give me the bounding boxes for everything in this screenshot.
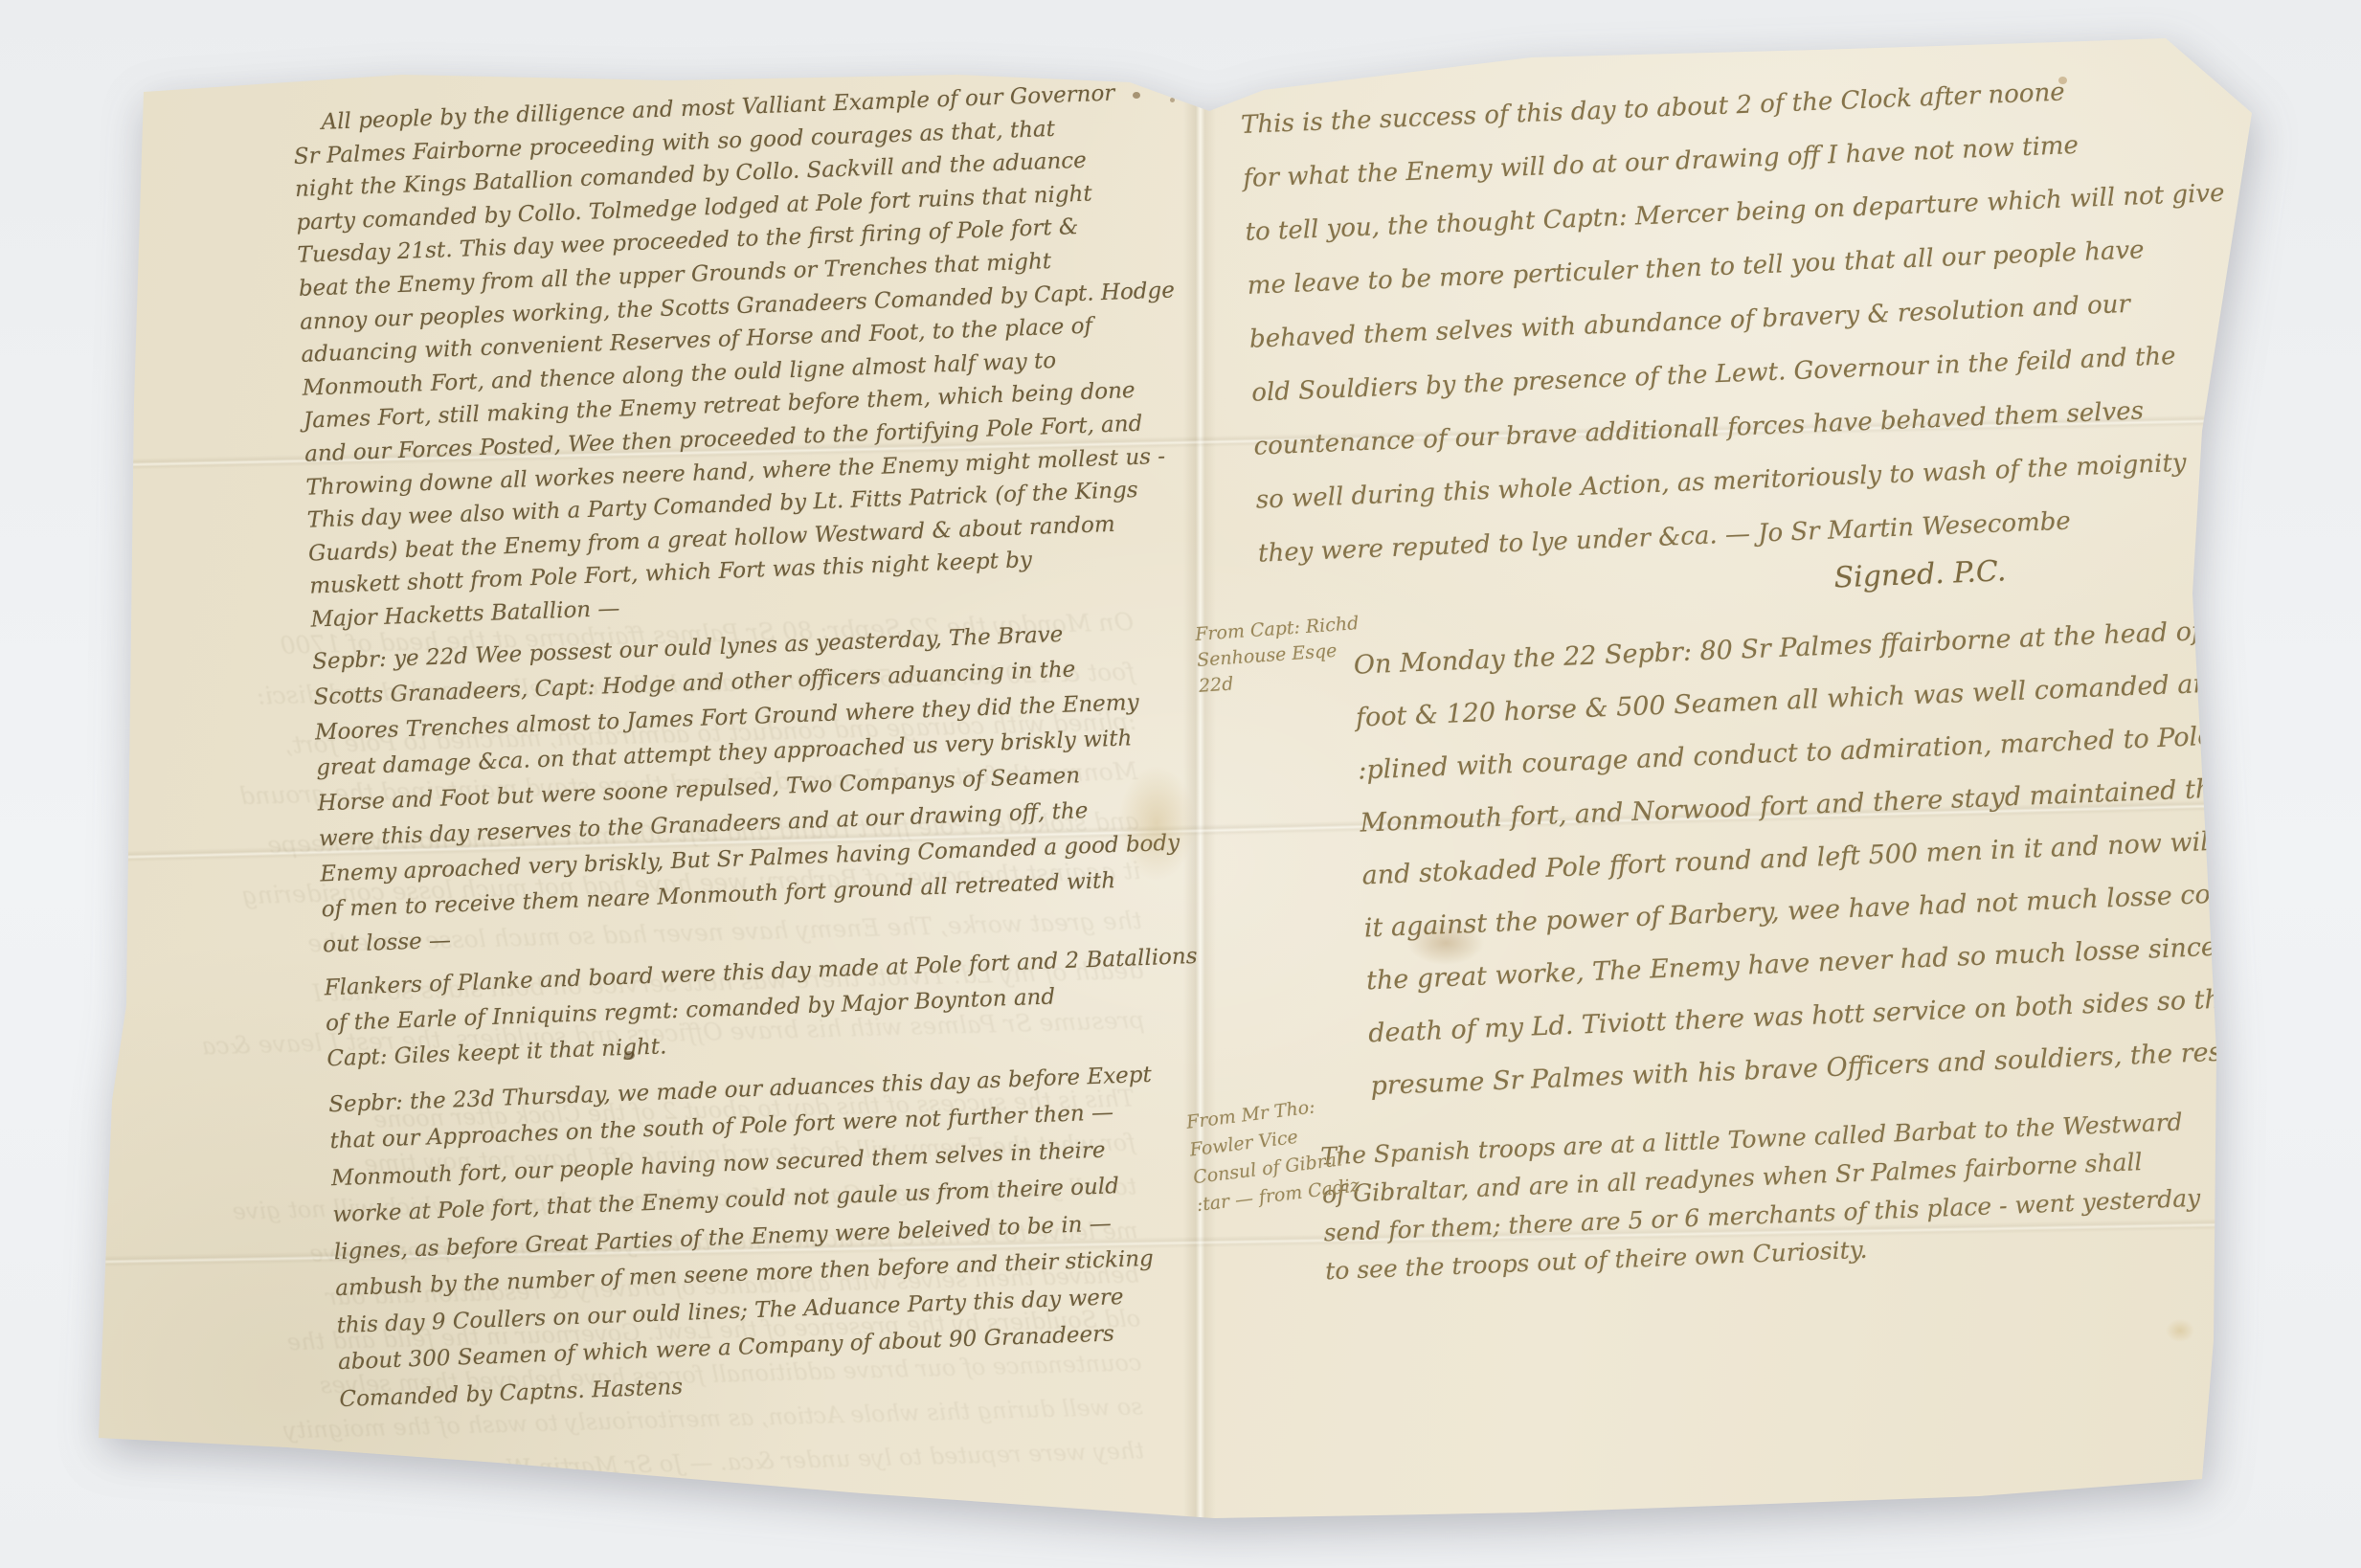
photo-background: On Monday the 22 Sepbr: 80 Sr Palmes ffa… <box>0 0 2361 1568</box>
paper: On Monday the 22 Sepbr: 80 Sr Palmes ffa… <box>0 0 2361 1568</box>
ink-stain <box>2198 57 2205 63</box>
manuscript-sheet: On Monday the 22 Sepbr: 80 Sr Palmes ffa… <box>0 0 2361 1568</box>
paper-vignette <box>0 0 2361 1568</box>
